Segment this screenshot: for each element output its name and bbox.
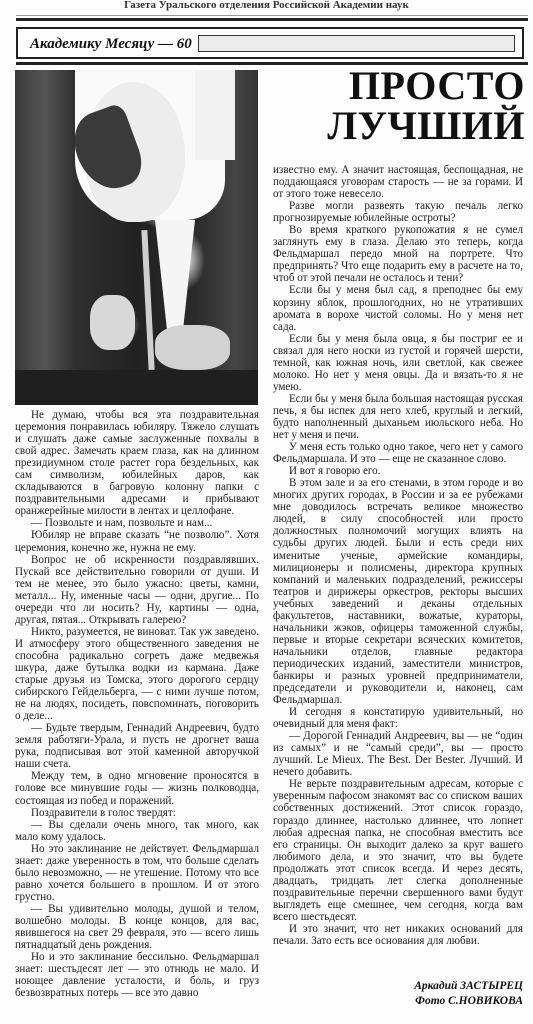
masthead-rule-thin: [16, 15, 528, 16]
portrait-photo: [15, 70, 258, 405]
paragraph: Никто, разумеется, не виноват. Так уж за…: [15, 626, 259, 722]
article-column-right: известно ему. А значит настоящая, беспощ…: [273, 164, 523, 947]
paragraph: Юбиляр не вправе сказать “не позволю”. Х…: [15, 529, 259, 553]
paragraph: — Вы сделали очень много, так много, как…: [15, 819, 259, 843]
paragraph: — Будьте твердым, Геннадий Андреевич, бу…: [15, 722, 259, 770]
paragraph: Не думаю, чтобы вся эта поздравительная …: [15, 409, 259, 517]
masthead-rule-thick: [16, 18, 528, 21]
rubric-title: Академику Месяцу — 60: [30, 35, 192, 53]
masthead-text: Газета Уральского отделения Российской А…: [124, 0, 409, 11]
paragraph: Если бы у меня была овца, я бы постриг е…: [273, 333, 523, 393]
paragraph: В этом зале и за его стенами, в этом гор…: [273, 477, 523, 706]
author-name: Аркадий ЗАСТЫРЕЦ: [414, 979, 523, 994]
headline-line-1: ПРОСТО: [327, 66, 525, 106]
paragraph: — Вы удивительно молоды, душой и телом, …: [15, 903, 259, 951]
paragraph: — Позвольте и нам, позвольте и нам...: [15, 517, 259, 529]
headline-line-2: ЛУЧШИЙ: [327, 106, 525, 146]
paragraph: Во время краткого рукопожатия я не сумел…: [273, 224, 523, 284]
paragraph: известно ему. А значит настоящая, беспощ…: [273, 164, 523, 200]
article-byline: Аркадий ЗАСТЫРЕЦ Фото С.НОВИКОВА: [414, 979, 523, 1009]
paragraph: Не верьте поздравительным адресам, котор…: [273, 778, 523, 923]
paragraph: Но это заклинание не действует. Фельдмар…: [15, 843, 259, 903]
article-column-left: Не думаю, чтобы вся эта поздравительная …: [15, 409, 259, 999]
paragraph: Но и это заклинание бессильно. Фельдмарш…: [15, 951, 259, 999]
rubric-banner: Академику Месяцу — 60: [16, 27, 524, 59]
photo-pen: [141, 230, 154, 370]
newspaper-masthead: Газета Уральского отделения Российской А…: [0, 0, 533, 14]
photo-credit: Фото С.НОВИКОВА: [414, 994, 523, 1009]
paragraph: Между тем, в одно мгновение проносятся в…: [15, 770, 259, 806]
paragraph: У меня есть только одно такое, чего нет …: [273, 441, 523, 465]
rubric-decorative-box: [198, 35, 515, 52]
paragraph: Если бы у меня была большая настоящая ру…: [273, 393, 523, 441]
paragraph: Разве могли развеять такую печаль легко …: [273, 200, 523, 224]
paragraph: И вот я говорю его.: [273, 465, 523, 477]
paragraph: Вопрос не об искренности поздравлявших. …: [15, 554, 259, 626]
paragraph: Если бы у меня был сад, я преподнес бы е…: [273, 284, 523, 332]
paragraph: — Дорогой Геннадий Андреевич, вы — не “о…: [273, 730, 523, 778]
paragraph: Поздравители в голос твердят:: [15, 807, 259, 819]
paragraph: И это значит, что нет никаких оснований …: [273, 923, 523, 947]
paragraph: И сегодня я констатирую удивительный, но…: [273, 706, 523, 730]
article-headline: ПРОСТО ЛУЧШИЙ: [327, 66, 525, 146]
